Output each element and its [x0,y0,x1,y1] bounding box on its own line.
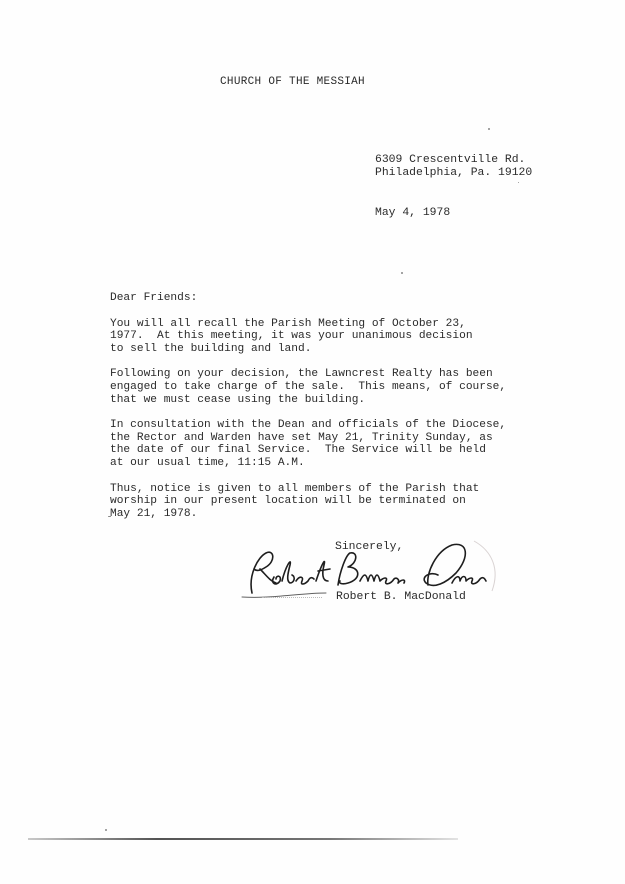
church-name: CHURCH OF THE MESSIAH [220,76,365,88]
letter-page: CHURCH OF THE MESSIAH 6309 Crescentville… [0,0,625,884]
paper-speck [108,516,111,517]
page-edge-rule [28,838,458,840]
signer-name: Robert B. MacDonald [336,591,466,603]
signature-line [262,597,322,598]
address-line-2: Philadelphia, Pa. 19120 [375,167,532,180]
sender-address: 6309 Crescentville Rd. Philadelphia, Pa.… [375,154,532,180]
letter-date: May 4, 1978 [375,207,450,219]
address-line-1: 6309 Crescentville Rd. [375,154,532,167]
salutation: Dear Friends: [110,292,580,305]
letterhead: CHURCH OF THE MESSIAH [0,76,625,88]
paper-speck [105,829,107,831]
paper-speck [518,182,519,183]
paragraph-2: Following on your decision, the Lawncres… [110,368,580,406]
letter-body: Dear Friends: You will all recall the Pa… [110,292,580,533]
paragraph-4: Thus, notice is given to all members of … [110,483,580,521]
paper-speck [401,272,403,274]
paragraph-1: You will all recall the Parish Meeting o… [110,318,580,356]
paragraph-3: In consultation with the Dean and offici… [110,419,580,469]
paper-speck [488,128,490,130]
